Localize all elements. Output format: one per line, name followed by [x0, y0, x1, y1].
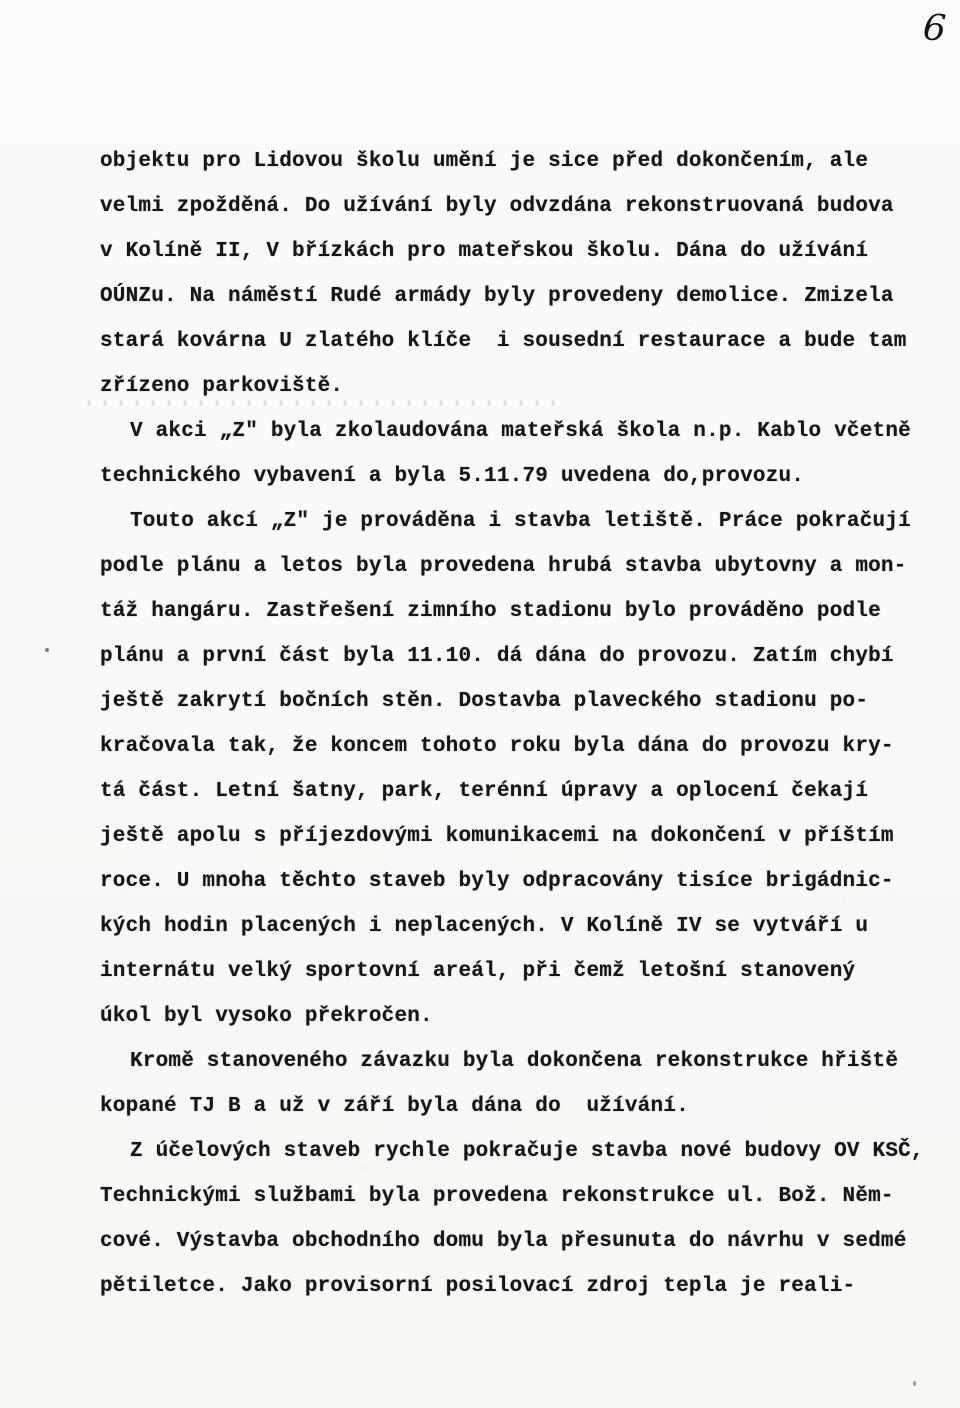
- text-line: Technickými službami byla provedena reko…: [100, 1174, 920, 1219]
- text-line: úkol byl vysoko překročen.: [100, 994, 920, 1039]
- scan-artifact-smudge: [88, 400, 558, 406]
- text-line: ještě apolu s příjezdovými komunikacemi …: [100, 814, 920, 859]
- text-line: kých hodin placených i neplacených. V Ko…: [100, 904, 920, 949]
- text-line: objektu pro Lidovou školu umění je sice …: [100, 139, 920, 184]
- text-line: kračovala tak, že koncem tohoto roku byl…: [100, 724, 920, 769]
- text-line: podle plánu a letos byla provedena hrubá…: [100, 544, 920, 589]
- text-line: kopané TJ B a už v září byla dána do uží…: [100, 1084, 920, 1129]
- text-line: stará kovárna U zlatého klíče i sousední…: [100, 319, 920, 364]
- text-line: internátu velký sportovní areál, při čem…: [100, 949, 920, 994]
- text-line: V akci „Z" byla zkolaudována mateřská šk…: [100, 409, 920, 454]
- text-line: pětiletce. Jako provisorní posilovací zd…: [100, 1264, 920, 1309]
- document-page: 6 objektu pro Lidovou školu umění je sic…: [0, 0, 960, 1408]
- page-number: 6: [922, 7, 948, 49]
- text-line: v Kolíně II, V břízkách pro mateřskou šk…: [100, 229, 920, 274]
- scan-artifact-speck: [45, 648, 49, 652]
- text-line: roce. U mnoha těchto staveb byly odpraco…: [100, 859, 920, 904]
- text-line: Z účelových staveb rychle pokračuje stav…: [100, 1129, 920, 1174]
- text-line: táž hangáru. Zastřešení zimního stadionu…: [100, 589, 920, 634]
- text-line: Kromě stanoveného závazku byla dokončena…: [100, 1039, 920, 1084]
- text-line: cové. Výstavba obchodního domu byla přes…: [100, 1219, 920, 1264]
- scan-artifact-speck: [913, 1381, 916, 1386]
- text-line: tá část. Letní šatny, park, terénní úpra…: [100, 769, 920, 814]
- text-line: velmi zpožděná. Do užívání byly odvzdána…: [100, 184, 920, 229]
- text-line: ještě zakrytí bočních stěn. Dostavba pla…: [100, 679, 920, 724]
- text-line: Touto akcí „Z" je prováděna i stavba let…: [100, 499, 920, 544]
- text-line: OÚNZu. Na náměstí Rudé armády byly prove…: [100, 274, 920, 319]
- document-body: objektu pro Lidovou školu umění je sice …: [100, 139, 920, 1309]
- text-line: technického vybavení a byla 5.11.79 uved…: [100, 454, 920, 499]
- text-line: plánu a první část byla 11.10. dá dána d…: [100, 634, 920, 679]
